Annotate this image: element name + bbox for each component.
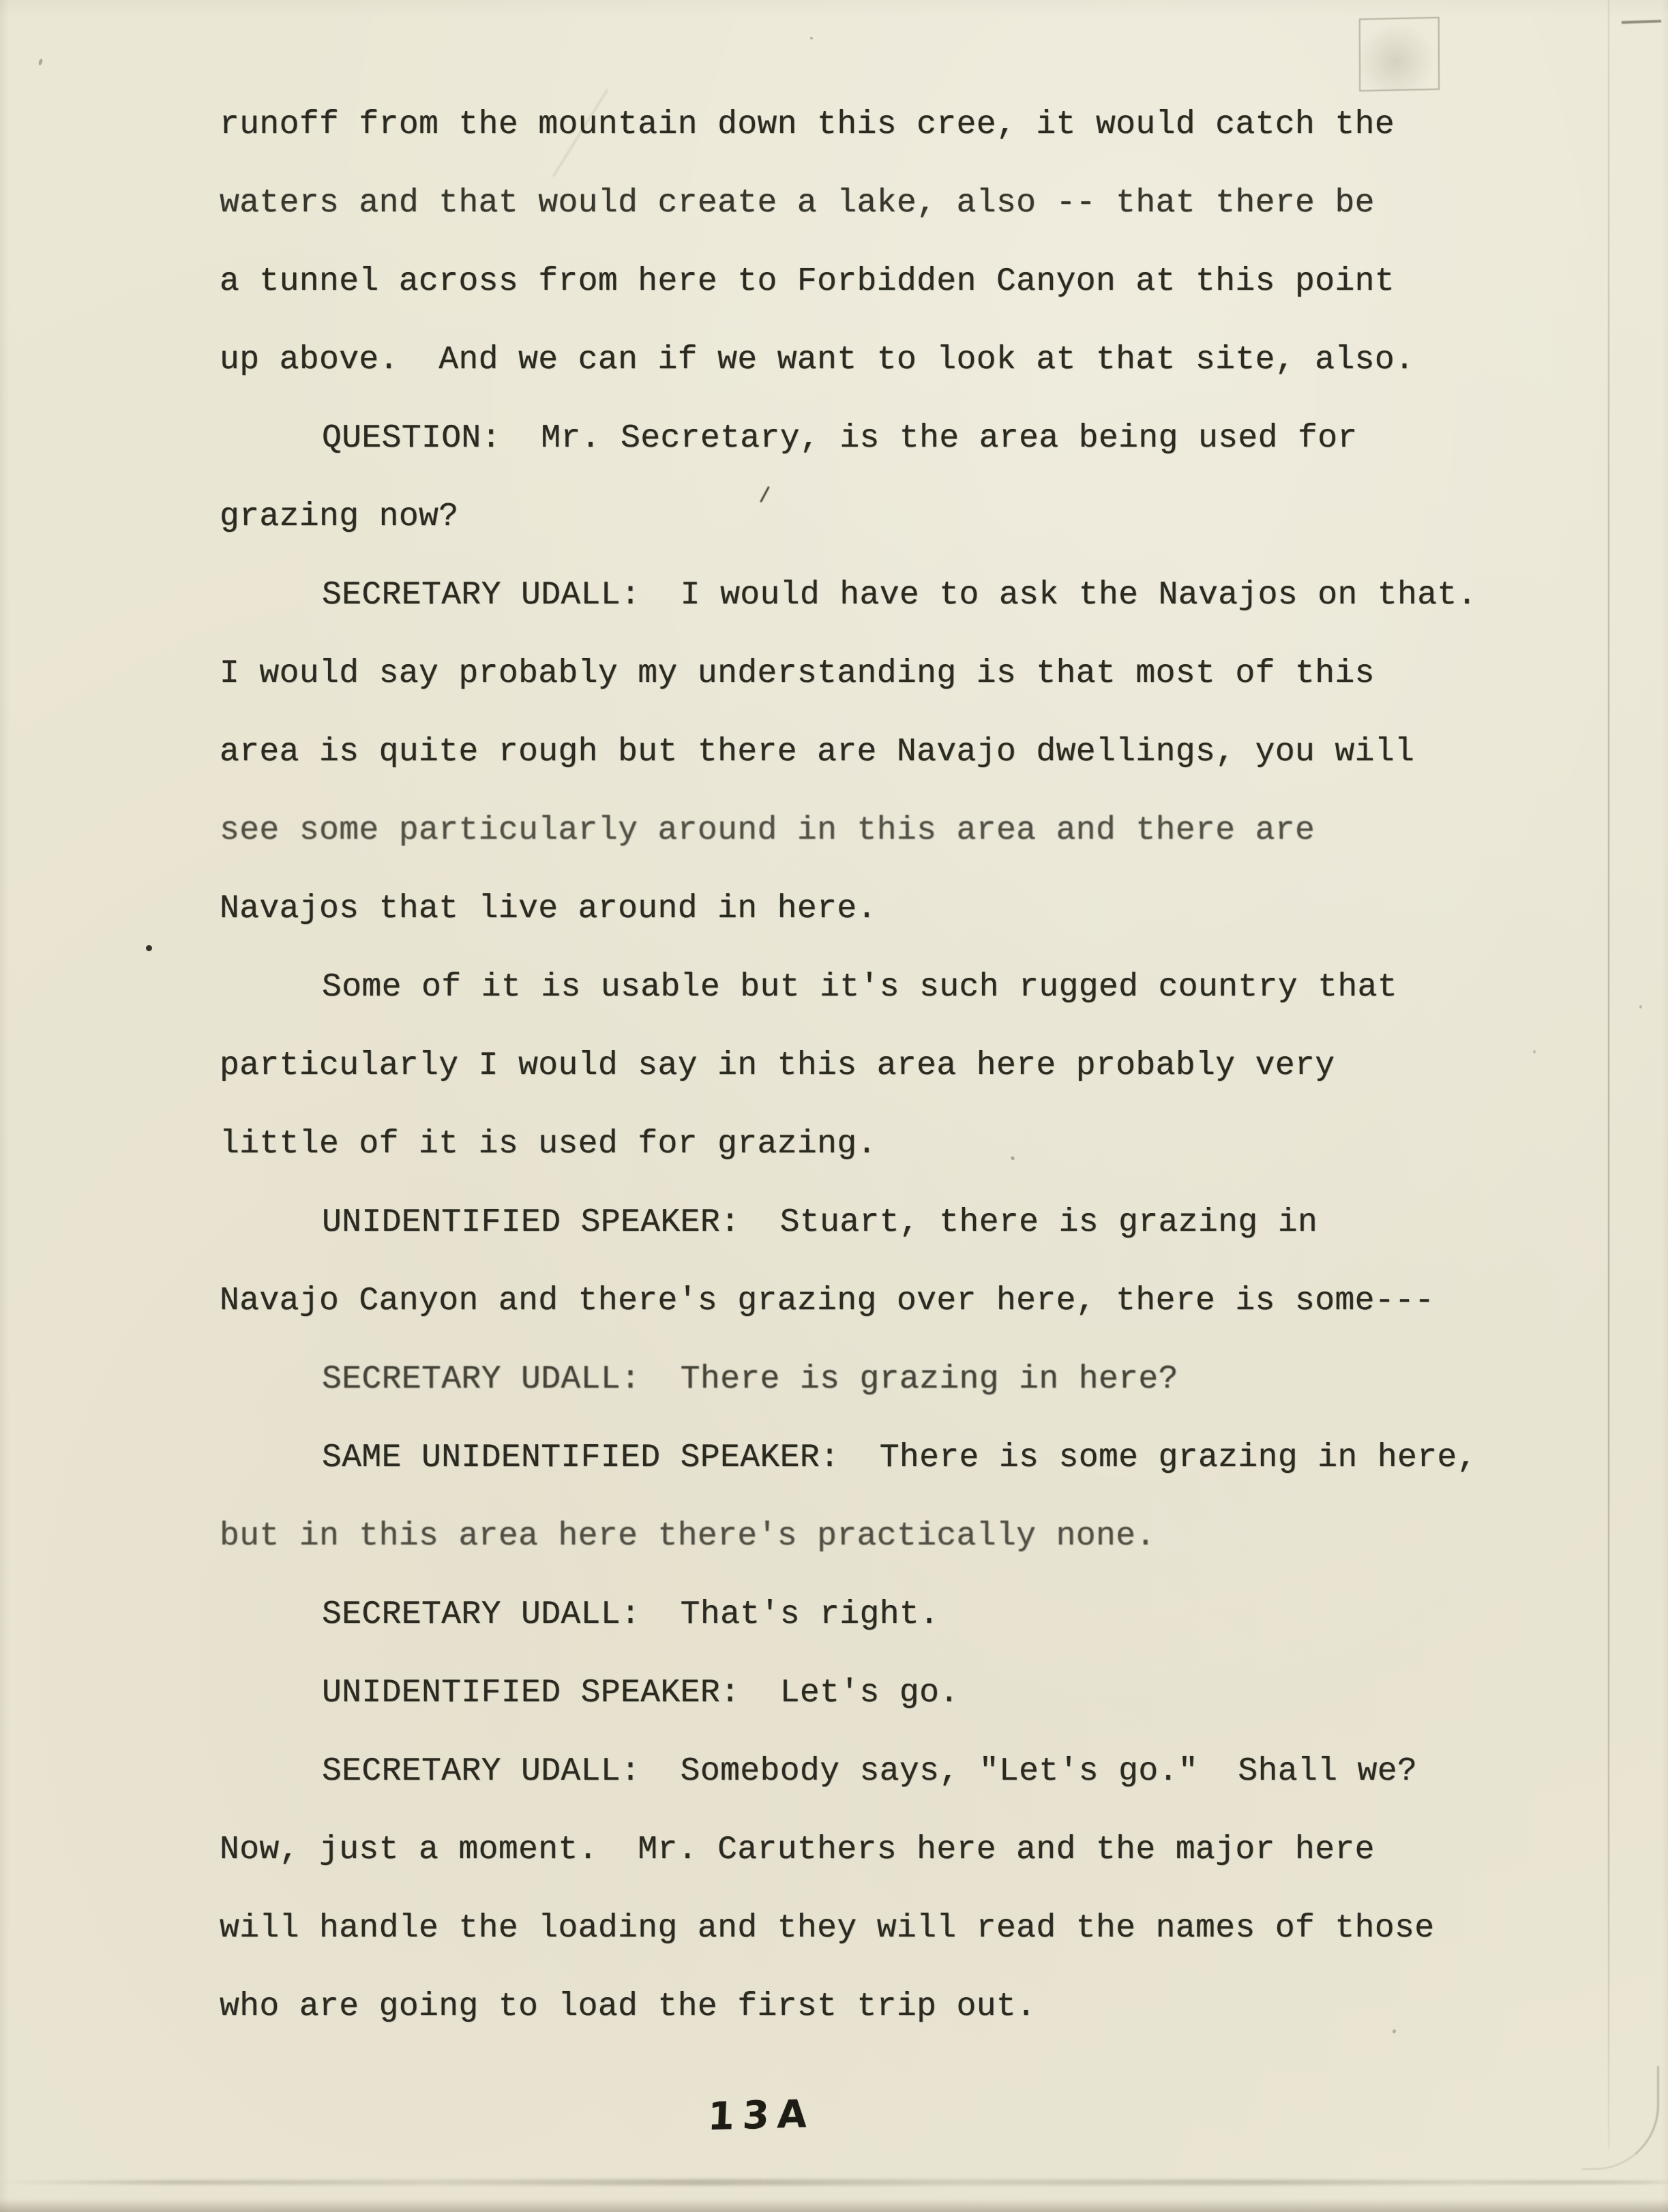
paper-speck xyxy=(1639,1005,1642,1008)
transcript-line: UNIDENTIFIED SPEAKER: Stuart, there is g… xyxy=(220,1184,1515,1262)
transcript-line: SECRETARY UDALL: That's right. xyxy=(220,1576,1515,1654)
bottom-smudge-line xyxy=(0,2179,1668,2185)
paper-speck xyxy=(810,37,813,40)
pencil-stamp-box xyxy=(1359,17,1440,91)
transcript-line: waters and that would create a lake, als… xyxy=(220,164,1515,243)
transcript-line: SECRETARY UDALL: I would have to ask the… xyxy=(220,556,1515,635)
transcript-line: SECRETARY UDALL: Somebody says, "Let's g… xyxy=(220,1733,1515,1811)
paper-speck xyxy=(38,58,44,65)
page-number: 13A xyxy=(707,2092,816,2139)
top-right-corner-mark xyxy=(1622,20,1661,24)
transcript-line: Navajo Canyon and there's grazing over h… xyxy=(220,1262,1515,1341)
transcript-line: up above. And we can if we want to look … xyxy=(220,321,1515,400)
scanned-transcript-page: runoff from the mountain down this cree,… xyxy=(0,0,1668,2212)
transcript-line: but in this area here there's practicall… xyxy=(220,1497,1515,1576)
transcript: runoff from the mountain down this cree,… xyxy=(220,86,1515,2046)
transcript-line: Navajos that live around in here. xyxy=(220,870,1515,948)
transcript-line: particularly I would say in this area he… xyxy=(220,1027,1515,1105)
transcript-line: SECRETARY UDALL: There is grazing in her… xyxy=(220,1341,1515,1419)
transcript-line: little of it is used for grazing. xyxy=(220,1105,1515,1184)
bottom-scan-edge xyxy=(0,2200,1668,2212)
transcript-line: QUESTION: Mr. Secretary, is the area bei… xyxy=(220,400,1515,478)
transcript-line: grazing now? xyxy=(220,478,1515,556)
transcript-line: area is quite rough but there are Navajo… xyxy=(220,713,1515,792)
transcript-line: UNIDENTIFIED SPEAKER: Let's go. xyxy=(220,1654,1515,1733)
transcript-line: SAME UNIDENTIFIED SPEAKER: There is some… xyxy=(220,1419,1515,1497)
transcript-line: Now, just a moment. Mr. Caruthers here a… xyxy=(220,1811,1515,1889)
transcript-line: runoff from the mountain down this cree,… xyxy=(220,86,1515,164)
transcript-line: I would say probably my understanding is… xyxy=(220,635,1515,713)
transcript-line: see some particularly around in this are… xyxy=(220,792,1515,870)
transcript-line: who are going to load the first trip out… xyxy=(220,1968,1515,2046)
transcript-line: Some of it is usable but it's such rugge… xyxy=(220,948,1515,1027)
paper-speck xyxy=(1533,1050,1536,1053)
transcript-line: will handle the loading and they will re… xyxy=(220,1889,1515,1968)
bottom-right-corner-crease xyxy=(1582,2066,1659,2170)
stray-ink-dot xyxy=(146,945,152,951)
vertical-fold-line xyxy=(1608,0,1609,2148)
transcript-line: a tunnel across from here to Forbidden C… xyxy=(220,243,1515,321)
